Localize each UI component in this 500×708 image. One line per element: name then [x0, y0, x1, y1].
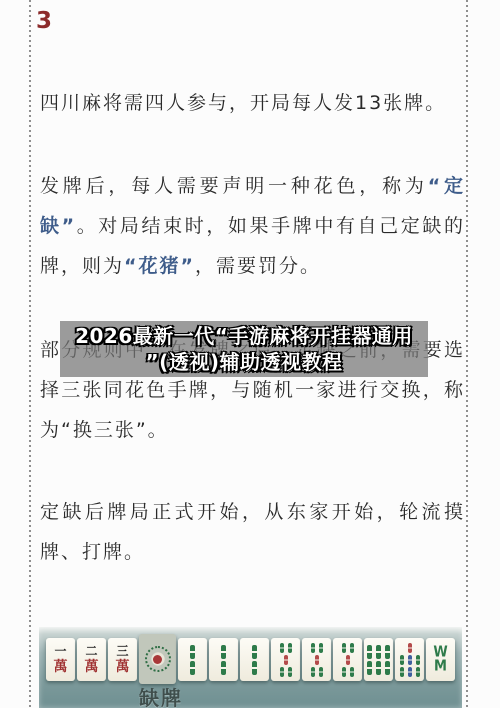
watermark-line-1: 2026最新一代“手游麻将开挂器通用 [75, 323, 413, 349]
mahjong-tile-9-bamboo [302, 638, 331, 681]
bamboo-row [280, 667, 292, 677]
section-number: 3 [36, 6, 52, 36]
bamboo-row [400, 655, 420, 665]
watermark-line-2: ”(透视)辅助透视教程 [146, 349, 343, 375]
bamboo-stick [288, 643, 292, 653]
dot-circle-icon [145, 646, 171, 672]
bamboo-stick [367, 661, 372, 675]
bamboo-stick [416, 667, 420, 677]
tile-wan-character: 萬 [116, 660, 130, 675]
mahjong-tile-3-wan: 三萬 [108, 638, 137, 681]
tile-number-character: 三 [116, 645, 128, 658]
tile-wan-character: 萬 [54, 660, 68, 675]
mahjong-tile-12-bamboo [395, 638, 424, 681]
bamboo-stick [311, 667, 315, 677]
bamboo-row [342, 643, 354, 653]
bamboo-row [284, 655, 288, 665]
highlighted-term: “花猪” [124, 255, 195, 277]
bamboo-stick [408, 655, 412, 665]
tile-wan-character: 萬 [85, 660, 99, 675]
bamboo-row [221, 645, 226, 659]
mahjong-tile-11-bamboo [364, 638, 393, 681]
bamboo-row [367, 645, 390, 659]
article-page: 3 四川麻将需四人参与，开局每人发13张牌。发牌后，每人需要声明一种花色，称为“… [0, 0, 500, 708]
body-text: 定缺后牌局正式开始，从东家开始，轮流摸牌、打牌。 [40, 501, 465, 563]
bamboo-row [346, 655, 350, 665]
mahjong-tile-10-bamboo [333, 638, 362, 681]
mahjong-tile-2-wan: 二萬 [77, 638, 106, 681]
body-text: 发牌后，每人需要声明一种花色，称为 [40, 175, 428, 197]
bamboo-zigzag-glyph: M [434, 660, 447, 674]
bamboo-stick [385, 645, 390, 659]
bamboo-row [408, 643, 412, 653]
body-text: 四川麻将需四人参与，开局每人发13张牌。 [40, 92, 446, 114]
paragraph-1: 四川麻将需四人参与，开局每人发13张牌。 [40, 83, 465, 123]
mahjong-tile-5-bamboo [178, 638, 207, 681]
missing-suit-caption: 缺牌 [139, 682, 183, 708]
bamboo-stick [311, 643, 315, 653]
left-dotted-border [29, 0, 31, 708]
paragraph-2: 发牌后，每人需要声明一种花色，称为“定缺”。对局结束时，如果手牌中有自己定缺的牌… [40, 166, 465, 286]
bamboo-stick [346, 655, 350, 665]
bamboo-stick [400, 667, 404, 677]
tile-number-character: 二 [85, 645, 97, 658]
bamboo-stick [190, 645, 195, 659]
bamboo-row [311, 643, 323, 653]
bamboo-row [221, 661, 226, 675]
bamboo-stick [342, 667, 346, 677]
mahjong-illustration: 一萬二萬三萬WM 缺牌 [39, 627, 462, 708]
tile-number-character: 一 [54, 645, 66, 658]
bamboo-row [190, 661, 195, 675]
bamboo-stick [400, 655, 404, 665]
bamboo-stick [416, 655, 420, 665]
mahjong-tile-6-bamboo [209, 638, 238, 681]
bamboo-stick [367, 645, 372, 659]
mahjong-tile-1-wan: 一萬 [46, 638, 75, 681]
bamboo-stick [284, 655, 288, 665]
mahjong-tile-13-mw: WM [426, 638, 455, 681]
paragraph-4: 定缺后牌局正式开始，从东家开始，轮流摸牌、打牌。 [40, 492, 465, 572]
bamboo-row [311, 667, 323, 677]
bamboo-stick [342, 643, 346, 653]
bamboo-row [315, 655, 319, 665]
bamboo-stick [385, 661, 390, 675]
mahjong-tile-row: 一萬二萬三萬WM [46, 638, 455, 684]
bamboo-stick [190, 661, 195, 675]
bamboo-stick [350, 667, 354, 677]
bamboo-stick [408, 667, 412, 677]
bamboo-stick [252, 661, 257, 675]
mahjong-tile-8-bamboo [271, 638, 300, 681]
bamboo-stick [350, 643, 354, 653]
bamboo-stick [280, 667, 284, 677]
bamboo-stick [319, 667, 323, 677]
bamboo-stick [288, 667, 292, 677]
bamboo-row [280, 643, 292, 653]
watermark-overlay: 2026最新一代“手游麻将开挂器通用 ”(透视)辅助透视教程 [60, 321, 428, 377]
bamboo-stick [315, 655, 319, 665]
bamboo-stick [319, 643, 323, 653]
bamboo-stick [280, 643, 284, 653]
bamboo-stick [221, 661, 226, 675]
bamboo-stick [376, 645, 381, 659]
body-text: ，需要罚分。 [195, 255, 321, 277]
dot-center [153, 655, 162, 664]
mahjong-tile-4-dot [139, 634, 176, 684]
bamboo-stick [408, 643, 412, 653]
bamboo-row [400, 667, 420, 677]
bamboo-row [367, 661, 390, 675]
bamboo-row [252, 645, 257, 659]
right-dotted-border [466, 0, 468, 708]
mahjong-tile-7-bamboo [240, 638, 269, 681]
bamboo-row [190, 645, 195, 659]
bamboo-stick [376, 661, 381, 675]
bamboo-stick [252, 645, 257, 659]
bamboo-stick [221, 645, 226, 659]
bamboo-row [252, 661, 257, 675]
bamboo-row [342, 667, 354, 677]
